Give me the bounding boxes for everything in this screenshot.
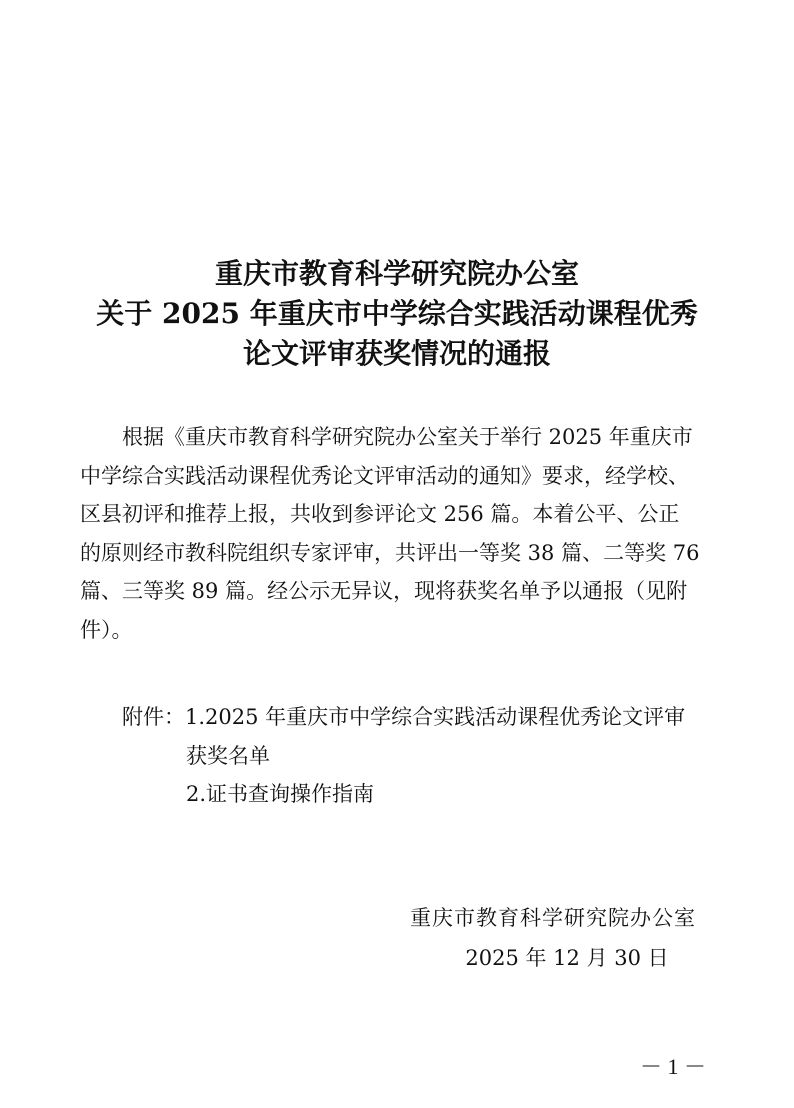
page-number: － 1 － (640, 1052, 706, 1082)
document-title: 重庆市教育科学研究院办公室 关于 2025 年重庆市中学综合实践活动课程优秀 论… (80, 254, 714, 374)
body-line: 根据《重庆市教育科学研究院办公室关于举行 2025 年重庆市 (80, 418, 718, 457)
body-line: 区县初评和推荐上报，共收到参评论文 256 篇。本着公平、公正 (80, 495, 718, 534)
signature-date: 2025 年 12 月 30 日 (410, 938, 696, 978)
body-line: 件）。 (80, 611, 718, 650)
attachment-item-1: 附件：1.2025 年重庆市中学综合实践活动课程优秀论文评审 (122, 698, 722, 737)
body-line: 的原则经市教科院组织专家评审，共评出一等奖 38 篇、二等奖 76 (80, 534, 718, 573)
title-line-1: 重庆市教育科学研究院办公室 (80, 254, 714, 294)
body-line: 篇、三等奖 89 篇。经公示无异议，现将获奖名单予以通报（见附 (80, 572, 718, 611)
title-line-2: 关于 2025 年重庆市中学综合实践活动课程优秀 (80, 294, 714, 334)
attachment-item-1-continued: 获奖名单 (122, 737, 722, 776)
body-paragraph: 根据《重庆市教育科学研究院办公室关于举行 2025 年重庆市 中学综合实践活动课… (80, 418, 718, 649)
attachment-item-2: 2.证书查询操作指南 (122, 775, 722, 814)
signature-organization: 重庆市教育科学研究院办公室 (410, 898, 696, 938)
document-page: 重庆市教育科学研究院办公室 关于 2025 年重庆市中学综合实践活动课程优秀 论… (0, 0, 794, 1108)
signature-block: 重庆市教育科学研究院办公室 2025 年 12 月 30 日 (410, 898, 696, 978)
body-line: 中学综合实践活动课程优秀论文评审活动的通知》要求，经学校、 (80, 457, 718, 496)
attachments-label: 附件： (122, 705, 185, 729)
attachment-1-title: 1.2025 年重庆市中学综合实践活动课程优秀论文评审 (185, 705, 685, 729)
title-line-3: 论文评审获奖情况的通报 (80, 334, 714, 374)
attachments-section: 附件：1.2025 年重庆市中学综合实践活动课程优秀论文评审 获奖名单 2.证书… (122, 698, 722, 814)
